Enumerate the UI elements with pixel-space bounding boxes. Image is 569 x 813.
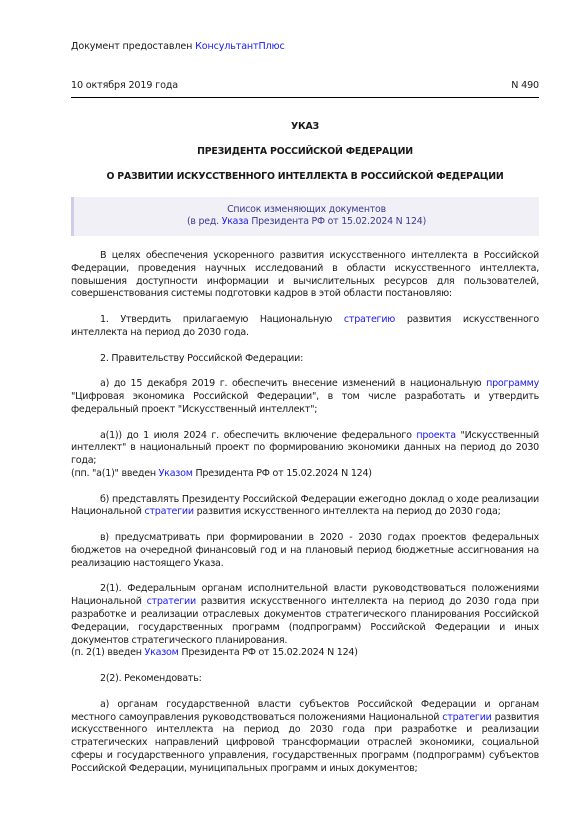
paragraph-1: 1. Утвердить прилагаемую Национальную ст… bbox=[71, 314, 539, 340]
decree-link-2-1[interactable]: Указом bbox=[145, 647, 179, 658]
title-president: ПРЕЗИДЕНТА РОССИЙСКОЙ ФЕДЕРАЦИИ bbox=[71, 146, 539, 157]
paragraph-2-1: 2(1). Федеральным органам исполнительной… bbox=[71, 583, 539, 647]
strategy-link-2b[interactable]: стратегии bbox=[144, 506, 193, 517]
paragraph-2-2a: а) органам государственной власти субъек… bbox=[71, 699, 539, 776]
paragraph-intro: В целях обеспечения ускоренного развития… bbox=[71, 250, 539, 301]
amending-decree-link[interactable]: Указа bbox=[222, 216, 249, 227]
title-decree: УКАЗ bbox=[71, 121, 539, 132]
title-subject: О РАЗВИТИИ ИСКУССТВЕННОГО ИНТЕЛЛЕКТА В Р… bbox=[71, 171, 539, 182]
paragraph-2: 2. Правительству Российской Федерации: bbox=[71, 353, 539, 366]
paragraph-2-2: 2(2). Рекомендовать: bbox=[71, 673, 539, 686]
strategy-link-2-2a[interactable]: стратегии bbox=[442, 712, 491, 723]
paragraph-2b: б) представлять Президенту Российской Фе… bbox=[71, 494, 539, 520]
note-2-1: (п. 2(1) введен Указом Президента РФ от … bbox=[71, 647, 539, 660]
paragraph-2a1: а(1)) до 1 июля 2024 г. обеспечить включ… bbox=[71, 430, 539, 468]
decree-date: 10 октября 2019 года bbox=[71, 80, 178, 91]
decree-link-2a1[interactable]: Указом bbox=[159, 468, 193, 479]
amendments-box: Список изменяющих документов (в ред. Ука… bbox=[71, 197, 539, 236]
document-body: В целях обеспечения ускоренного развития… bbox=[71, 250, 539, 788]
amendments-line: (в ред. Указа Президента РФ от 15.02.202… bbox=[74, 216, 539, 228]
paragraph-2v: в) предусматривать при формировании в 20… bbox=[71, 532, 539, 570]
strategy-link-2-1[interactable]: стратегии bbox=[147, 596, 196, 607]
project-link[interactable]: проекта bbox=[416, 430, 455, 441]
provided-by-text: Документ предоставлен bbox=[71, 41, 195, 52]
paragraph-2a: а) до 15 декабря 2019 г. обеспечить внес… bbox=[71, 378, 539, 416]
header-divider bbox=[71, 97, 539, 98]
note-2a1: (пп. "а(1)" введен Указом Президента РФ … bbox=[71, 468, 539, 481]
consultantplus-link[interactable]: КонсультантПлюс bbox=[195, 41, 284, 52]
provided-by-line: Документ предоставлен КонсультантПлюс bbox=[71, 41, 285, 52]
decree-number: N 490 bbox=[511, 80, 539, 91]
amendments-heading: Список изменяющих документов bbox=[74, 204, 539, 216]
strategy-link[interactable]: стратегию bbox=[344, 314, 395, 325]
program-link[interactable]: программу bbox=[486, 378, 539, 389]
date-line: 10 октября 2019 года N 490 bbox=[71, 80, 539, 91]
